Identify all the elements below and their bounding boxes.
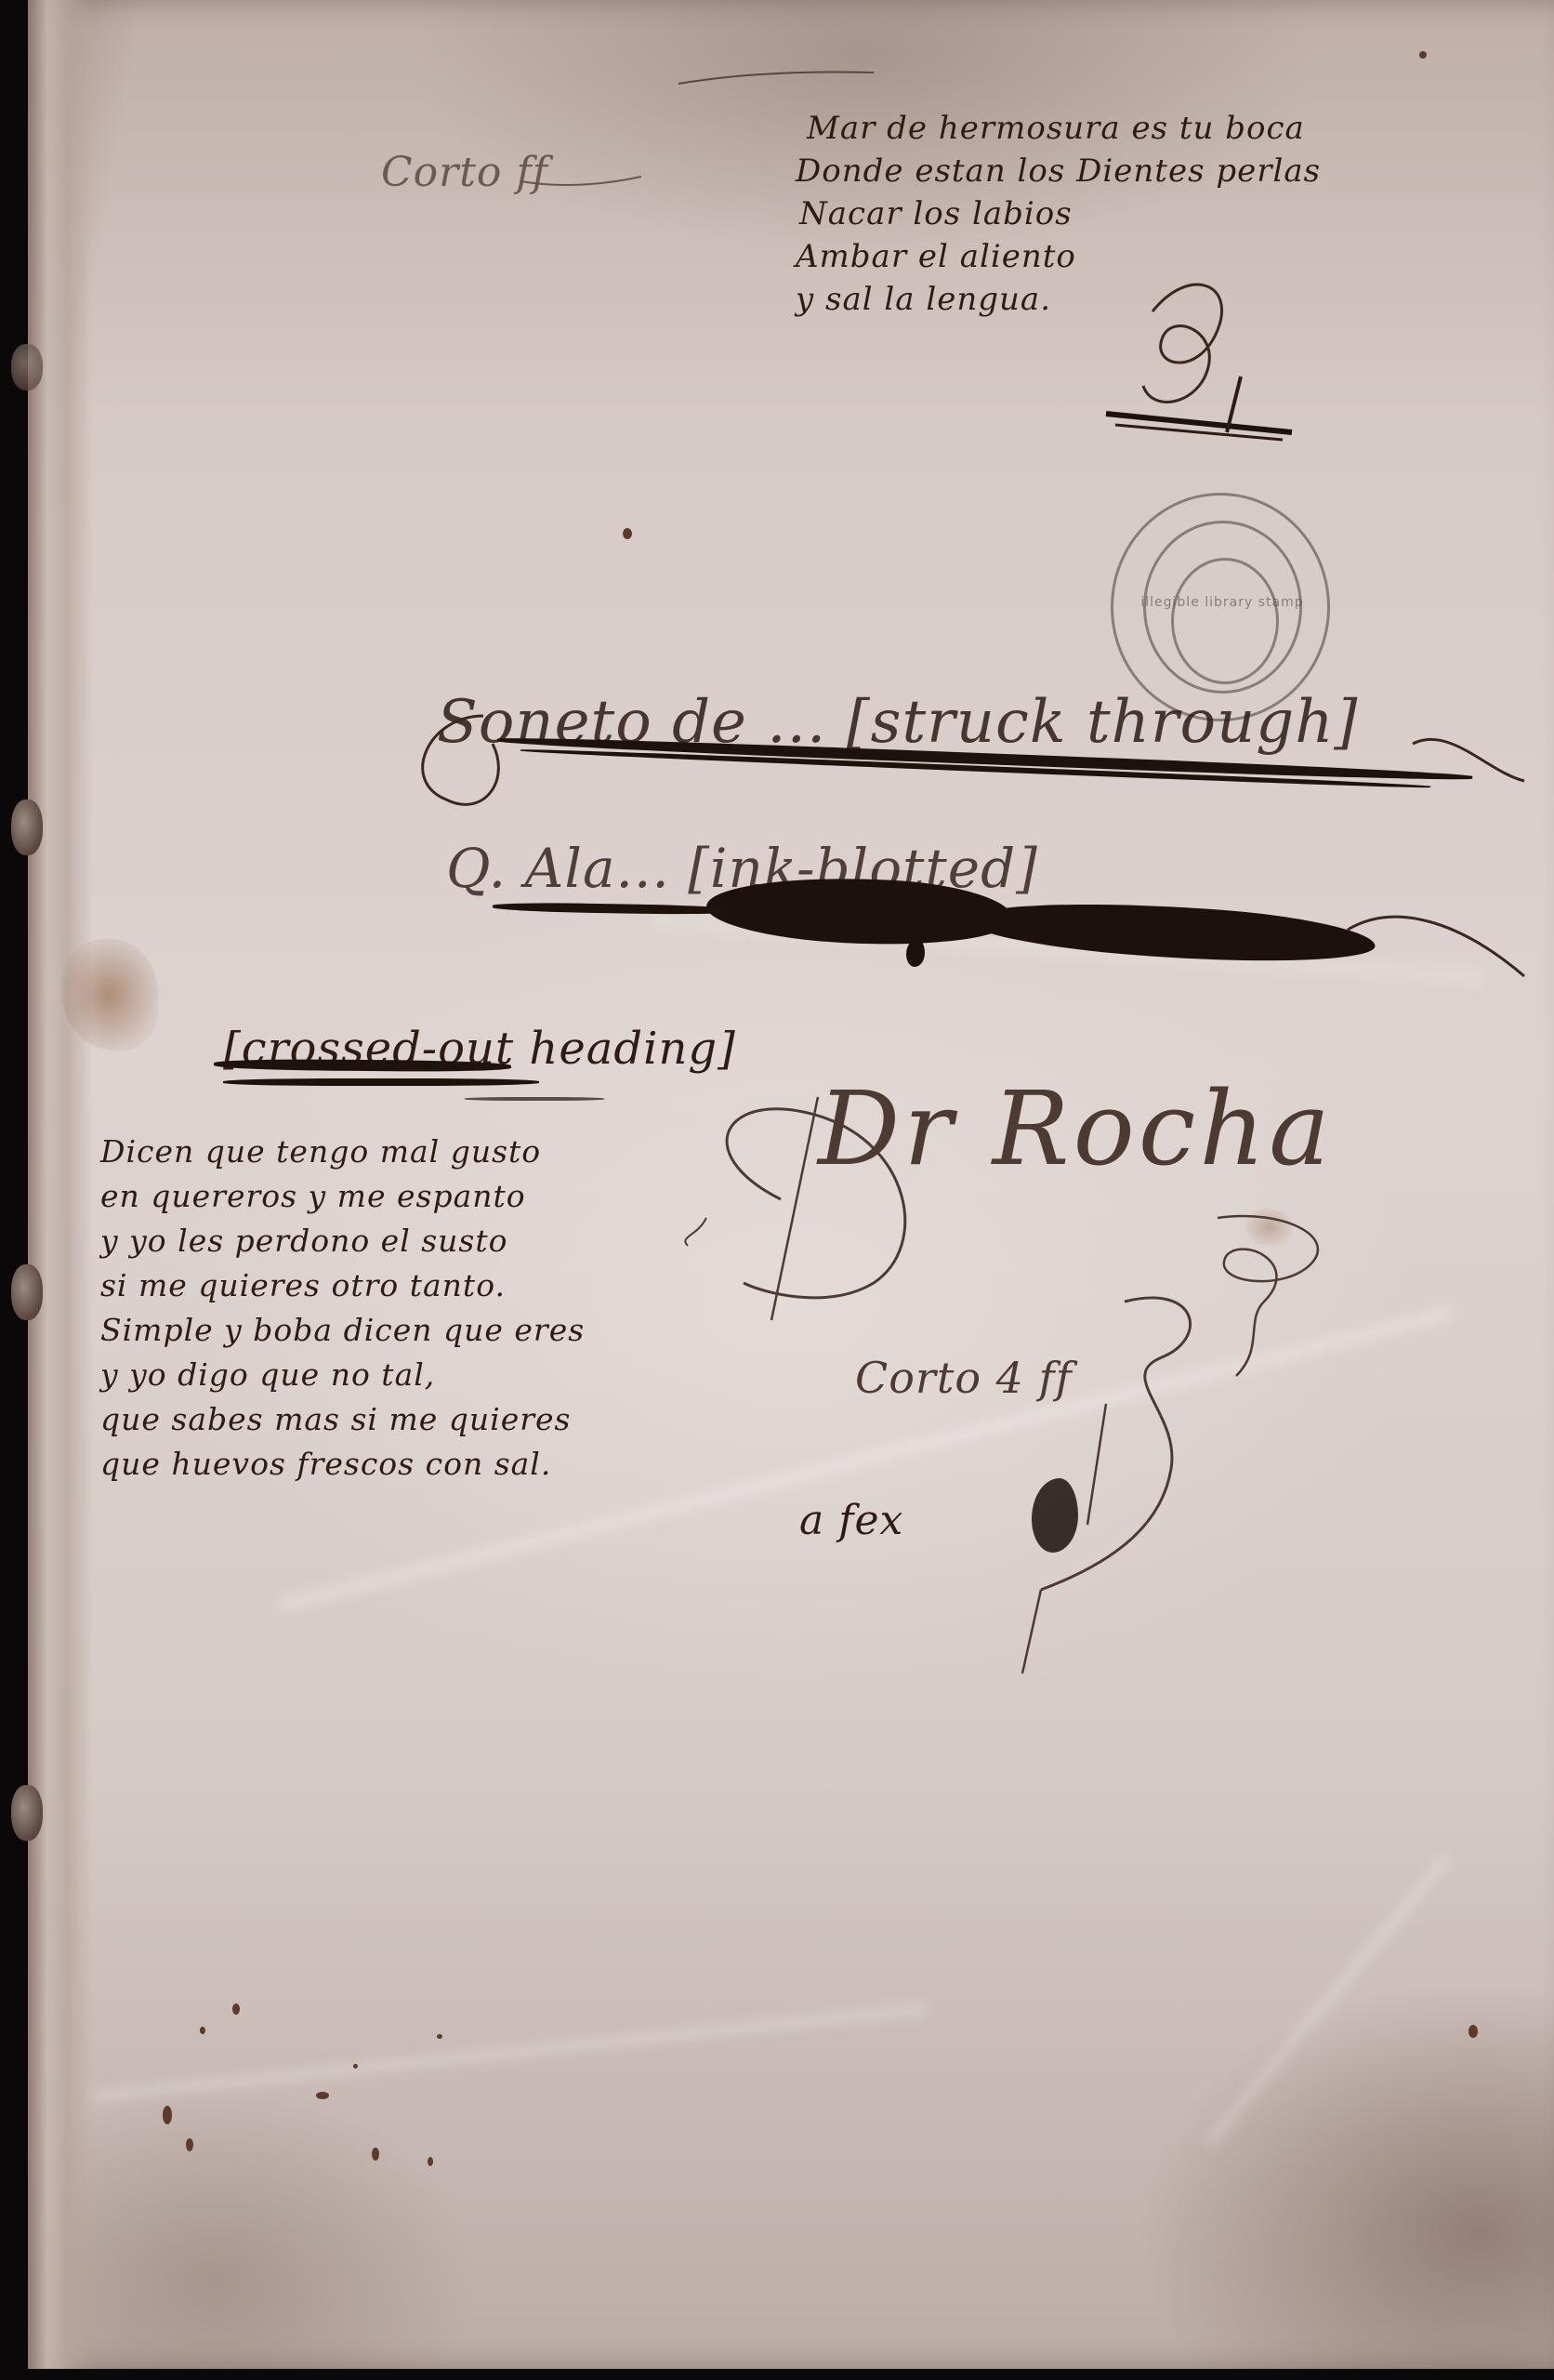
strike-through bbox=[223, 1078, 539, 1086]
note-line: a fex bbox=[799, 1497, 903, 1544]
ink-speck bbox=[623, 528, 632, 539]
note-flourish-icon bbox=[985, 1283, 1208, 1673]
binding-knot bbox=[11, 1264, 43, 1320]
strike-through bbox=[465, 1097, 604, 1101]
ink-speck bbox=[163, 2106, 172, 2124]
verse-line: que huevos frescos con sal. bbox=[100, 1442, 585, 1487]
verse-line: en quereros y me espanto bbox=[100, 1174, 585, 1219]
binding-knot bbox=[11, 1785, 43, 1841]
verse-line: Donde estan los Dientes perlas bbox=[796, 150, 1321, 192]
rubric-flourish-icon bbox=[1097, 274, 1301, 451]
ink-speck bbox=[232, 2003, 240, 2015]
flourish-line-icon bbox=[1348, 902, 1534, 985]
verse-line: y yo digo que no tal, bbox=[100, 1353, 585, 1397]
ink-speck bbox=[200, 2027, 205, 2034]
binding-knot bbox=[11, 800, 43, 855]
ink-speck bbox=[428, 2157, 433, 2166]
stamp-text: illegible library stamp bbox=[1111, 595, 1334, 610]
verse-line: Simple y boba dicen que eres bbox=[100, 1308, 585, 1353]
ink-speck bbox=[186, 2138, 193, 2151]
verse-line: Nacar los labios bbox=[799, 192, 1321, 235]
ink-speck bbox=[1419, 51, 1427, 59]
verse-line: Ambar el aliento bbox=[796, 235, 1321, 278]
flourish-line-icon bbox=[520, 167, 651, 205]
verse-line: Mar de hermosura es tu boca bbox=[807, 107, 1321, 150]
ink-speck bbox=[353, 2064, 358, 2069]
ink-speck bbox=[1468, 2025, 1478, 2038]
verse-line: y yo les perdono el susto bbox=[100, 1219, 585, 1263]
binding-knot bbox=[11, 344, 43, 390]
ink-speck bbox=[316, 2092, 329, 2099]
flourish-line-icon bbox=[678, 65, 883, 93]
verse-left: Dicen que tengo mal gusto en quereros y … bbox=[100, 1130, 585, 1487]
verse-line: si me quieres otro tanto. bbox=[100, 1263, 585, 1308]
ink-speck bbox=[372, 2148, 379, 2161]
ink-speck bbox=[437, 2034, 442, 2039]
verse-line: que sabes mas si me quieres bbox=[100, 1397, 585, 1442]
verse-line: Dicen que tengo mal gusto bbox=[100, 1130, 585, 1174]
